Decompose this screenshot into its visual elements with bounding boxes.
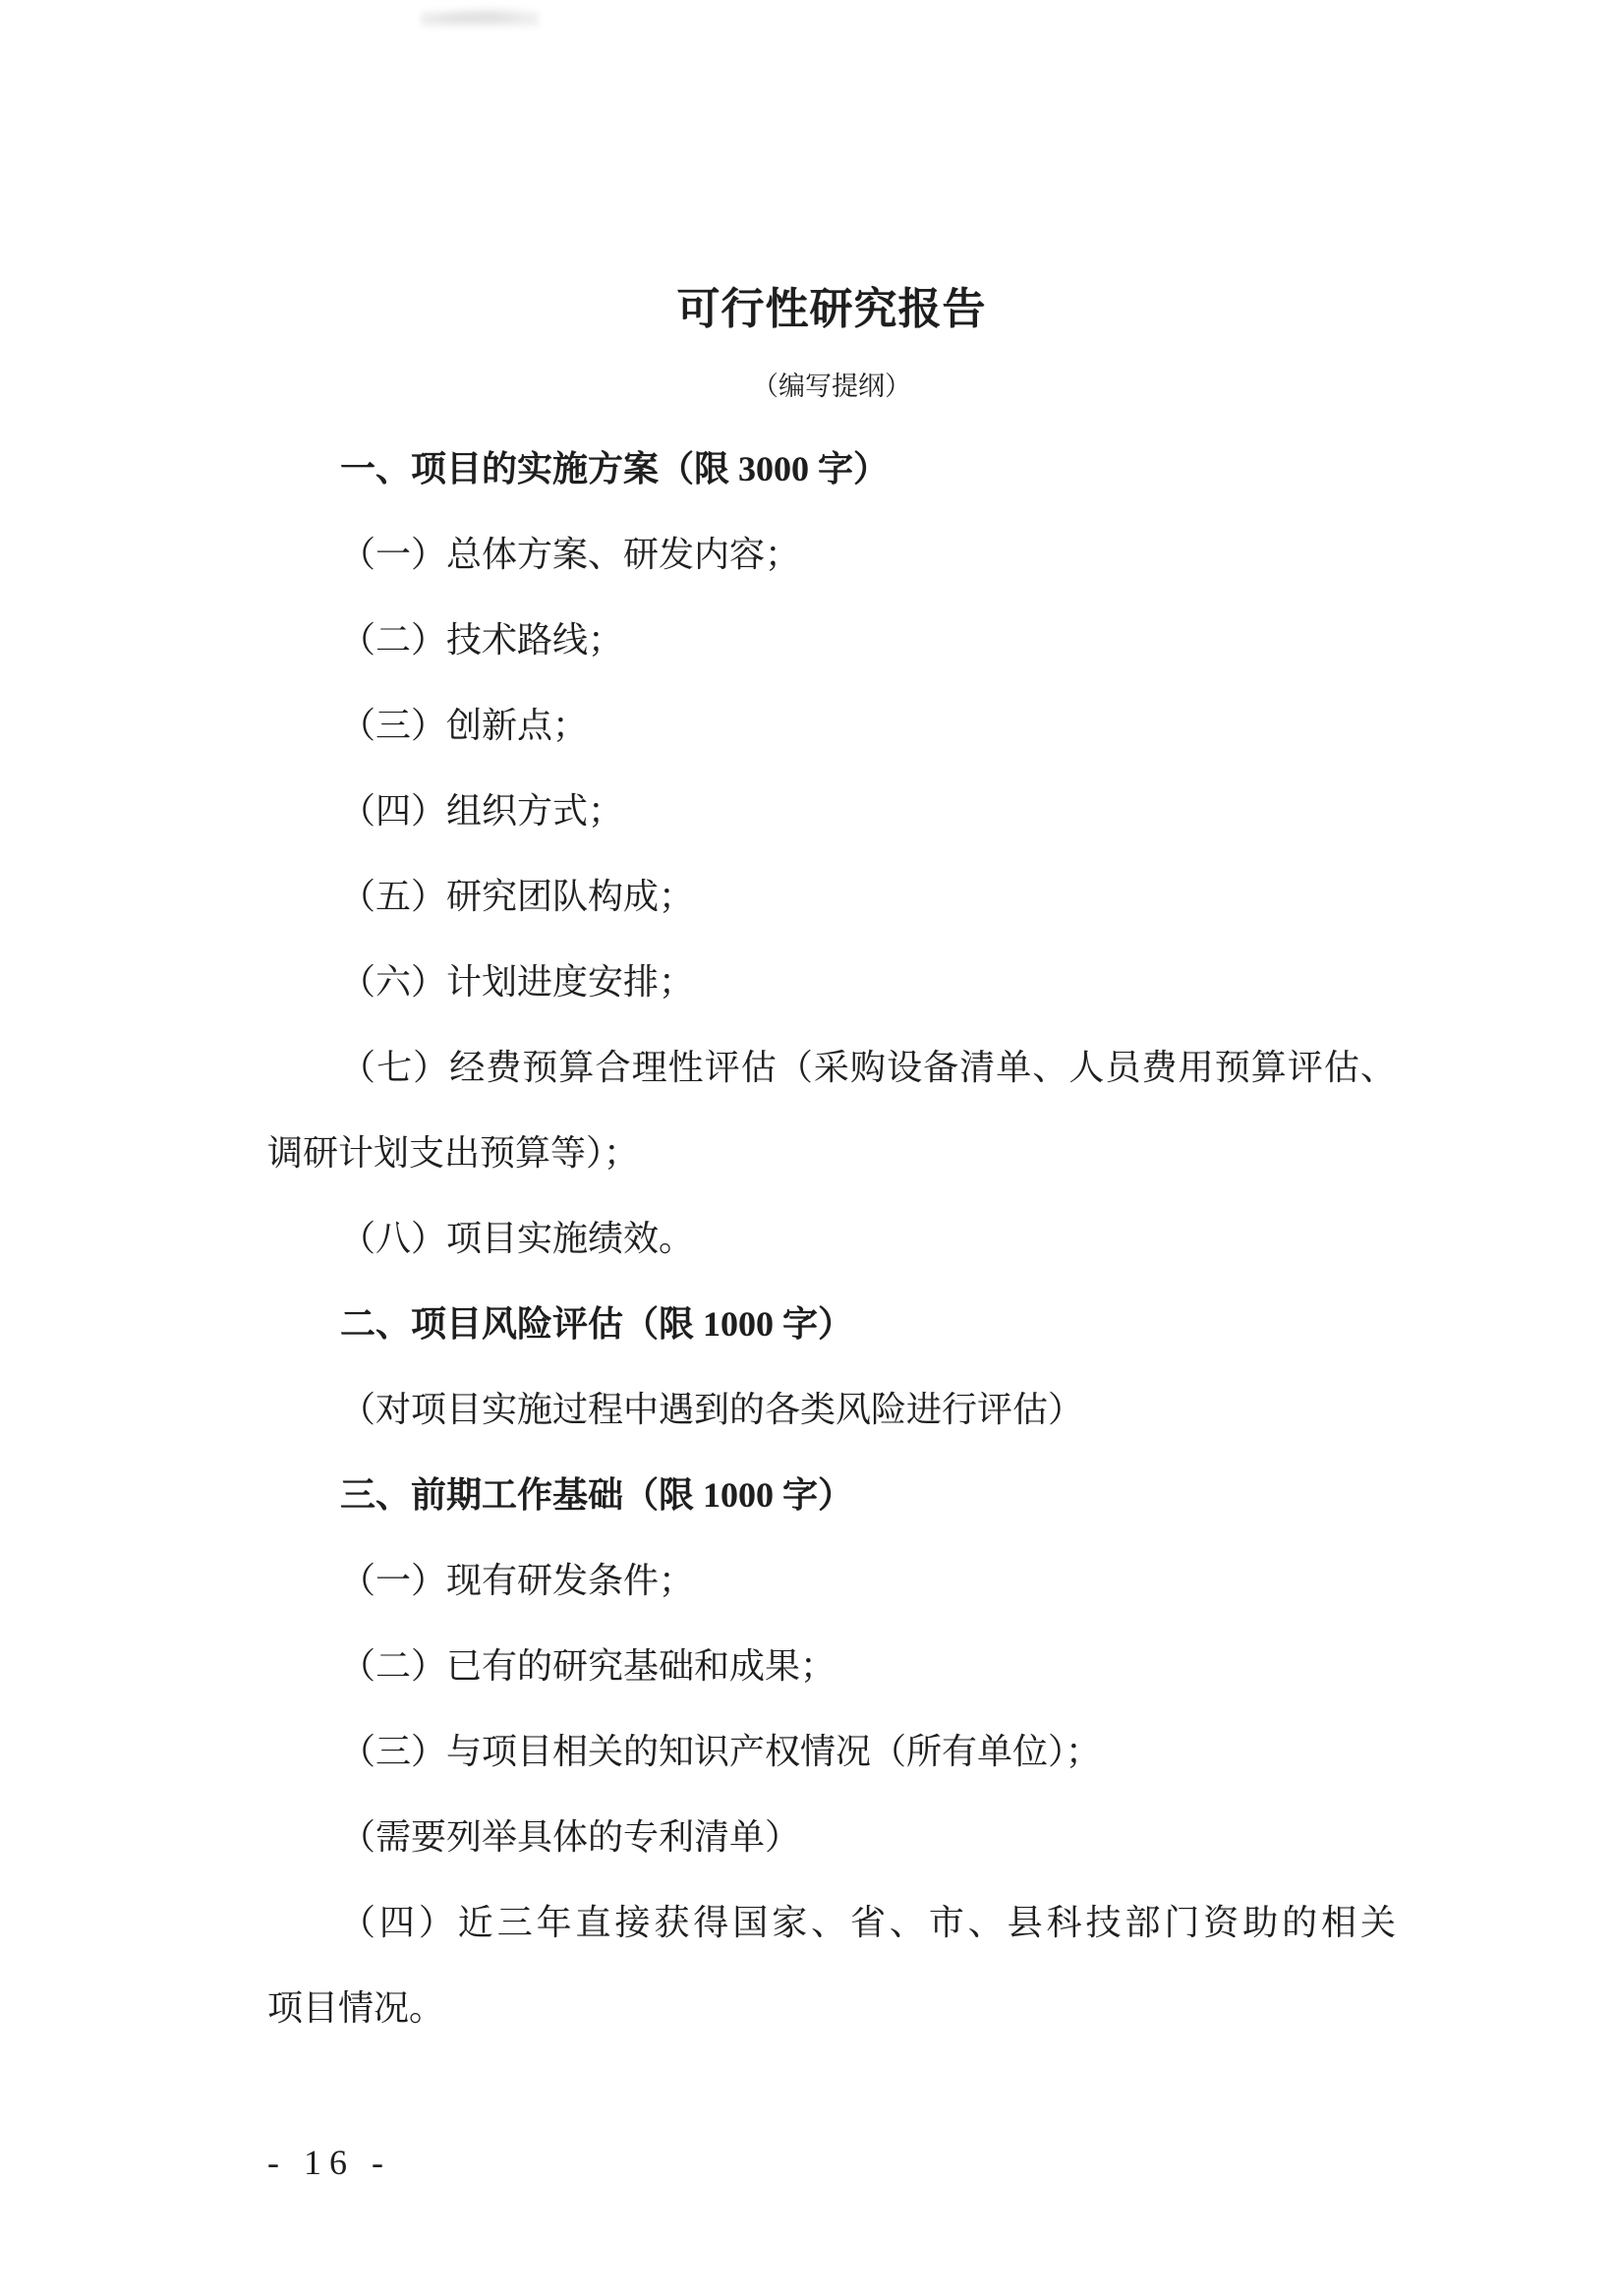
item-3-1: （一）现有研发条件； [267,1538,1396,1624]
page-number: - 16 - [267,2126,391,2199]
section-3-note: （需要列举具体的专利清单） [267,1795,1396,1880]
item-3-2: （二）已有的研究基础和成果； [267,1624,1396,1709]
section-1-heading: 一、项目的实施方案（限 3000 字） [267,427,1396,512]
item-1-1: （一）总体方案、研发内容； [267,512,1396,598]
document-title: 可行性研究报告 [267,278,1396,341]
section-3-heading: 三、前期工作基础（限 1000 字） [267,1453,1396,1538]
item-1-7-line-2: 调研计划支出预算等）； [267,1111,1396,1196]
section-2-heading: 二、项目风险评估（限 1000 字） [267,1282,1396,1367]
document-subtitle: （编写提纲） [267,355,1396,418]
item-1-3: （三）创新点； [267,683,1396,769]
item-1-4: （四）组织方式； [267,769,1396,854]
item-1-2: （二）技术路线； [267,598,1396,683]
item-3-4-line-1: （四）近三年直接获得国家、省、市、县科技部门资助的相关 [267,1880,1396,1966]
item-3-4-line-2: 项目情况。 [267,1966,1396,2051]
item-1-8: （八）项目实施绩效。 [267,1196,1396,1282]
item-1-6: （六）计划进度安排； [267,940,1396,1025]
item-1-5: （五）研究团队构成； [267,854,1396,940]
scanned-document-page: 可行性研究报告 （编写提纲） 一、项目的实施方案（限 3000 字） （一）总体… [0,0,1615,2296]
outline-body: 一、项目的实施方案（限 3000 字） （一）总体方案、研发内容； （二）技术路… [267,427,1396,2051]
text-column: 可行性研究报告 （编写提纲） 一、项目的实施方案（限 3000 字） （一）总体… [267,0,1396,2051]
item-3-3: （三）与项目相关的知识产权情况（所有单位）； [267,1709,1396,1795]
item-1-7-line-1: （七）经费预算合理性评估（采购设备清单、人员费用预算评估、 [267,1025,1396,1111]
section-2-note: （对项目实施过程中遇到的各类风险进行评估） [267,1367,1396,1453]
